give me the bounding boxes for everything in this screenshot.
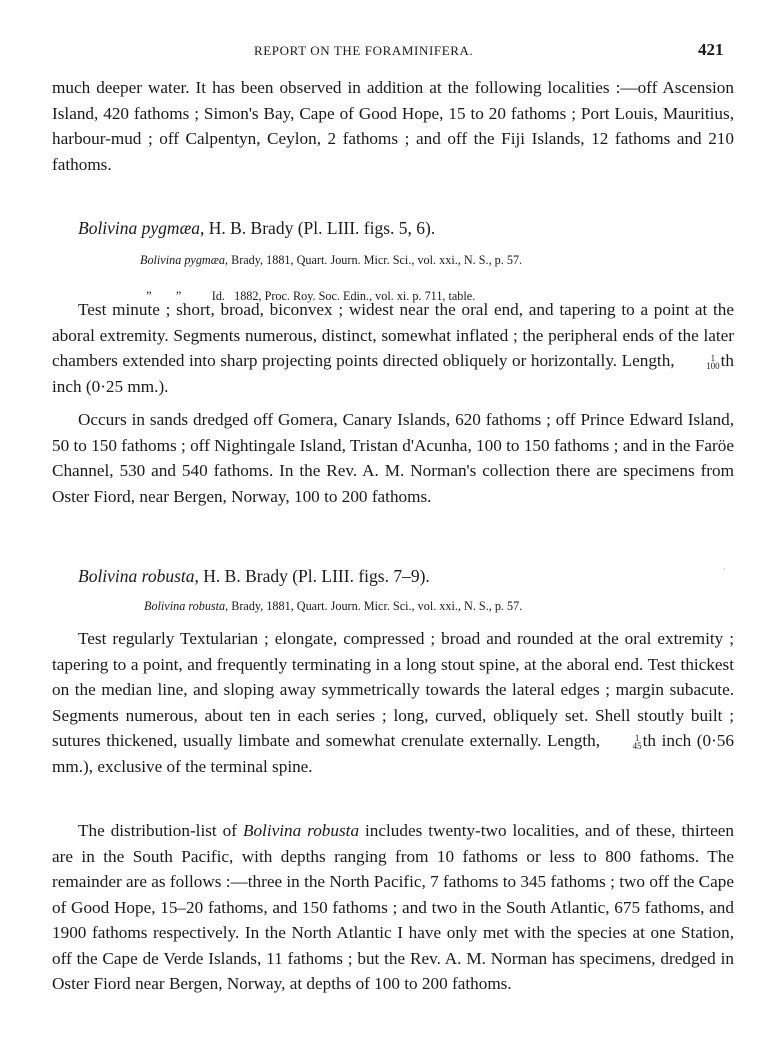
description-robusta: Test regularly Textularian ; elongate, c… (52, 626, 734, 779)
length-fraction: 1100 (680, 354, 720, 370)
distribution-text: The distribution-list of (78, 821, 243, 840)
species-name: Bolivina pygmæa (78, 218, 200, 238)
intro-text: much deeper water. It has been observed … (52, 75, 734, 177)
synonym-ref: , Brady, 1881, Quart. Journ. Micr. Sci.,… (225, 599, 522, 613)
distribution-text: Occurs in sands dredged off Gomera, Cana… (52, 407, 734, 509)
species-heading-pygmaea: Bolivina pygmæa, H. B. Brady (Pl. LIII. … (78, 218, 435, 239)
synonym-name: Bolivina pygmæa (140, 253, 225, 267)
intro-paragraph: much deeper water. It has been observed … (52, 75, 734, 177)
description-pygmaea: Test minute ; short, broad, biconvex ; w… (52, 297, 734, 399)
synonymy-line: Bolivina robusta, Brady, 1881, Quart. Jo… (144, 597, 522, 615)
synonym-ref: , Brady, 1881, Quart. Journ. Micr. Sci.,… (225, 253, 522, 267)
description-text: Test regularly Textularian ; elongate, c… (52, 629, 734, 750)
distribution-species-name: Bolivina robusta (243, 821, 359, 840)
distribution-robusta: The distribution-list of Bolivina robust… (52, 818, 734, 997)
species-authority: , H. B. Brady (Pl. LIII. figs. 7–9). (195, 566, 430, 586)
distribution-text-end: includes twenty-two localities, and of t… (52, 821, 734, 993)
synonymy-line: Bolivina pygmæa, Brady, 1881, Quart. Jou… (140, 251, 522, 269)
running-title: REPORT ON THE FORAMINIFERA. (254, 43, 473, 59)
length-fraction: 145 (607, 734, 642, 750)
species-name: Bolivina robusta (78, 566, 195, 586)
distribution-pygmaea: Occurs in sands dredged off Gomera, Cana… (52, 407, 734, 509)
species-heading-robusta: Bolivina robusta, H. B. Brady (Pl. LIII.… (78, 566, 430, 587)
description-text: Test minute ; short, broad, biconvex ; w… (52, 300, 734, 370)
page-number: 421 (698, 40, 724, 60)
page-header: REPORT ON THE FORAMINIFERA. 421 (0, 43, 776, 63)
synonym-name: Bolivina robusta (144, 599, 225, 613)
scan-speck: · (723, 565, 726, 574)
species-authority: , H. B. Brady (Pl. LIII. figs. 5, 6). (200, 218, 435, 238)
